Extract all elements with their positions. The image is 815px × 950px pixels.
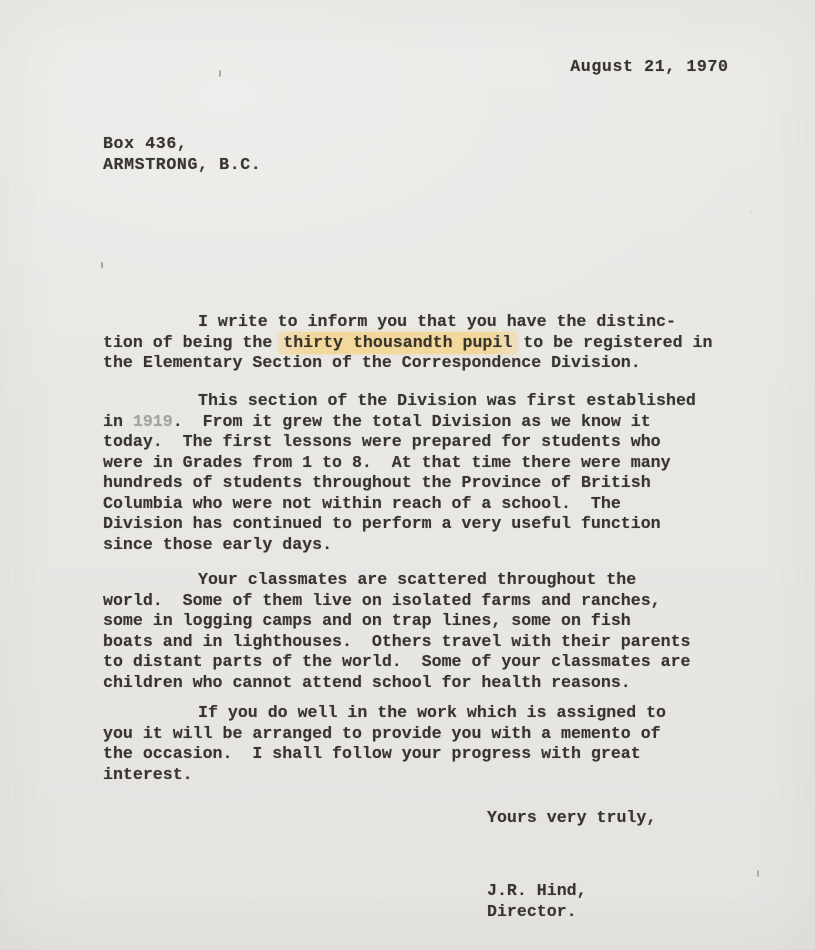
p2-line-8: since those early days. (103, 535, 743, 556)
faded-year: 1919 (133, 412, 173, 431)
closing: Yours very truly, (487, 808, 656, 829)
paragraph-2: This section of the Division was first e… (103, 391, 743, 555)
scanned-letter-page: August 21, 1970 Box 436, ARMSTRONG, B.C.… (0, 0, 815, 950)
paragraph-4: If you do well in the work which is assi… (103, 703, 743, 785)
paper-speck (101, 262, 103, 268)
p1-line2-before: tion of being the (103, 333, 282, 352)
paper-speck (749, 211, 752, 214)
p2-line-6: Columbia who were not within reach of a … (103, 494, 743, 515)
signature-name: J.R. Hind, (487, 881, 587, 902)
p4-line-2: you it will be arranged to provide you w… (103, 724, 743, 745)
paper-speck (219, 70, 222, 77)
p4-line-3: the occasion. I shall follow your progre… (103, 744, 743, 765)
p4-line-4: interest. (103, 765, 743, 786)
p3-line-4: boats and in lighthouses. Others travel … (103, 632, 743, 653)
p2-line-1: This section of the Division was first e… (103, 391, 743, 412)
p3-line-2: world. Some of them live on isolated far… (103, 591, 743, 612)
signature-block: J.R. Hind, Director. (487, 881, 587, 922)
paper-speck (757, 870, 759, 877)
p1-line-2: tion of being the thirty thousandth pupi… (103, 333, 743, 354)
p3-line-6: children who cannot attend school for he… (103, 673, 743, 694)
p2-line-4: were in Grades from 1 to 8. At that time… (103, 453, 743, 474)
letter-date: August 21, 1970 (570, 57, 728, 76)
recipient-address: Box 436, ARMSTRONG, B.C. (103, 134, 261, 175)
p4-line-1: If you do well in the work which is assi… (103, 703, 743, 724)
p3-line-5: to distant parts of the world. Some of y… (103, 652, 743, 673)
address-line-1: Box 436, (103, 134, 261, 155)
p3-line-3: some in logging camps and on trap lines,… (103, 611, 743, 632)
p1-line-1: I write to inform you that you have the … (103, 312, 743, 333)
paragraph-1: I write to inform you that you have the … (103, 312, 743, 374)
p1-line2-after: to be registered in (513, 333, 712, 352)
p2-line-3: today. The first lessons were prepared f… (103, 432, 743, 453)
date-line: August 21, 1970 (528, 36, 729, 57)
paragraph-3: Your classmates are scattered throughout… (103, 570, 743, 693)
p2-line-5: hundreds of students throughout the Prov… (103, 473, 743, 494)
address-line-2: ARMSTRONG, B.C. (103, 155, 261, 176)
highlight-mark: thirty thousandth pupil (279, 332, 517, 354)
p2-line2-after: . From it grew the total Division as we … (173, 412, 651, 431)
signature-title: Director. (487, 902, 587, 923)
p3-line-1: Your classmates are scattered throughout… (103, 570, 743, 591)
p2-line-2: in 1919. From it grew the total Division… (103, 412, 743, 433)
p2-line-7: Division has continued to perform a very… (103, 514, 743, 535)
p1-line-3: the Elementary Section of the Correspond… (103, 353, 743, 374)
p2-line2-before: in (103, 412, 133, 431)
